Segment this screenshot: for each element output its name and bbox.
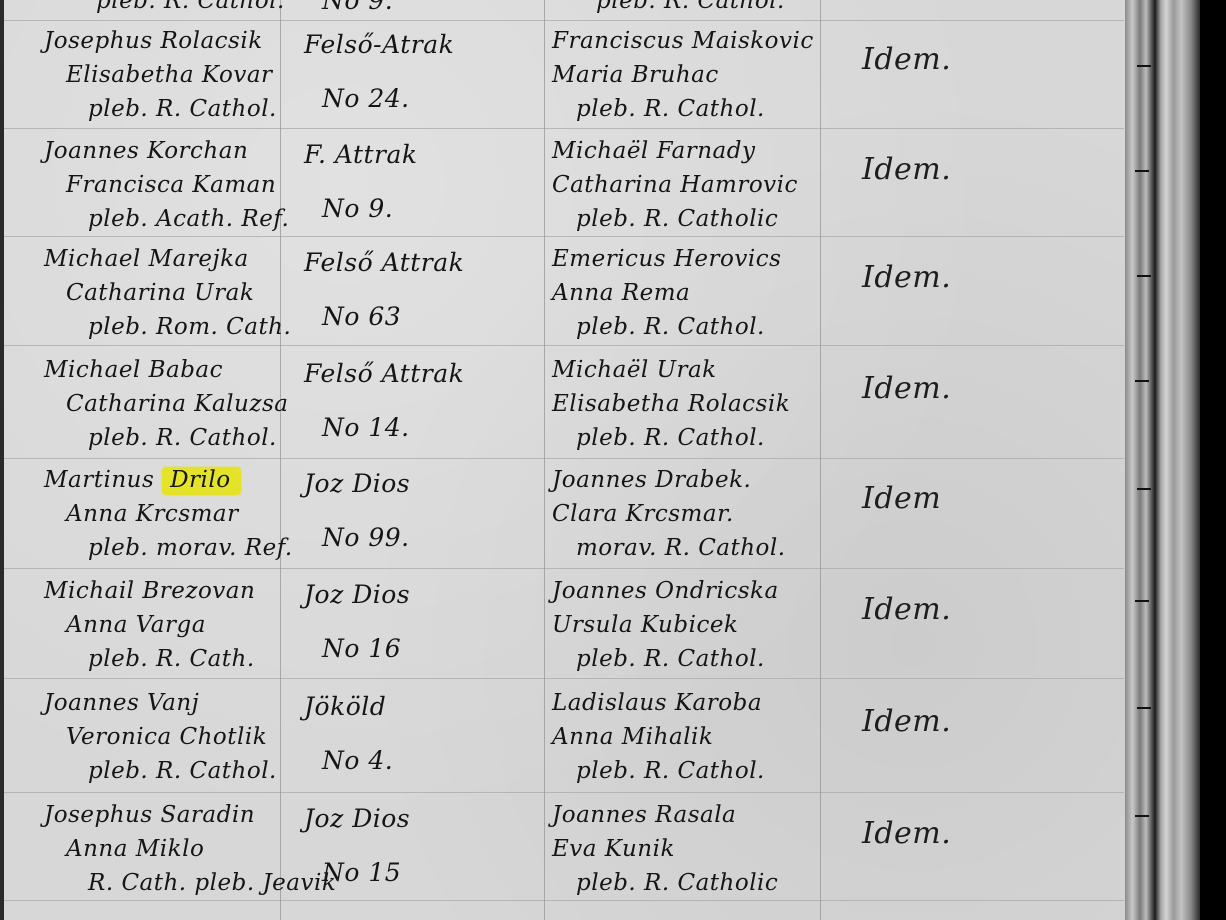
- witness-2: Clara Krcsmar.: [552, 501, 734, 527]
- house-number: No 14.: [322, 413, 410, 442]
- groom-name: Michael Babac: [44, 357, 223, 383]
- house-number: No 24.: [322, 84, 410, 113]
- witness-religion: pleb. R. Catholic: [576, 206, 778, 232]
- register-page: pleb. R. Cathol. No 9. pleb. R. Cathol. …: [0, 0, 1140, 920]
- remark-idem: Idem.: [862, 704, 951, 739]
- residence: Felső-Atrak: [304, 30, 454, 59]
- row-rule: [4, 128, 1124, 129]
- witness-religion: pleb. R. Cathol.: [576, 96, 765, 122]
- column-rule: [544, 0, 545, 920]
- witness-2: Eva Kunik: [552, 836, 675, 862]
- witness-2: Catharina Hamrovic: [552, 172, 798, 198]
- row-rule: [4, 20, 1124, 21]
- groom-name: Joannes Vanj: [44, 690, 199, 716]
- groom-name: Josephus Rolacsik: [44, 28, 263, 54]
- house-number: No 15: [322, 858, 401, 887]
- top-house-number: No 9.: [322, 0, 393, 15]
- scan-background: [1200, 0, 1226, 920]
- residence: Joz Dios: [304, 804, 410, 833]
- witness-1: Franciscus Maiskovic: [552, 28, 814, 54]
- row-rule: [4, 900, 1124, 901]
- residence: Felső Attrak: [304, 359, 464, 388]
- top-religion-left: pleb. R. Cathol.: [96, 0, 285, 14]
- row-rule: [4, 568, 1124, 569]
- bride-name: Catharina Urak: [66, 280, 254, 306]
- row-rule: [4, 678, 1124, 679]
- residence: Jököld: [304, 692, 386, 721]
- couple-religion: pleb. R. Cathol.: [88, 425, 277, 451]
- groom-name: Michael Marejka: [44, 246, 249, 272]
- groom-name: Josephus Saradin: [44, 802, 255, 828]
- highlighted-surname: Drilo: [162, 467, 241, 495]
- couple-religion: pleb. R. Cath.: [88, 646, 255, 672]
- house-number: No 99.: [322, 523, 410, 552]
- house-number: No 4.: [322, 746, 393, 775]
- witness-religion: pleb. R. Catholic: [576, 870, 778, 896]
- couple-religion: pleb. R. Cathol.: [88, 758, 277, 784]
- row-rule: [4, 236, 1124, 237]
- remark-idem: Idem.: [862, 42, 951, 77]
- remark-idem: Idem.: [862, 816, 951, 851]
- witness-1: Emericus Herovics: [552, 246, 781, 272]
- witness-religion: pleb. R. Cathol.: [576, 646, 765, 672]
- witness-1: Michaël Farnady: [552, 138, 755, 164]
- remark-idem: Idem: [862, 481, 941, 516]
- row-rule: [4, 458, 1124, 459]
- house-number: No 9.: [322, 194, 393, 223]
- witness-1: Joannes Ondricska: [552, 578, 779, 604]
- remark-idem: Idem.: [862, 371, 951, 406]
- groom-first-name: Martinus: [44, 467, 162, 493]
- remark-idem: Idem.: [862, 260, 951, 295]
- groom-name: Michail Brezovan: [44, 578, 255, 604]
- couple-religion: pleb. Rom. Cath.: [88, 314, 291, 340]
- top-religion-right: pleb. R. Cathol.: [596, 0, 785, 14]
- bride-name: Francisca Kaman: [66, 172, 276, 198]
- witness-2: Ursula Kubicek: [552, 612, 738, 638]
- row-rule: [4, 792, 1124, 793]
- witness-religion: pleb. R. Cathol.: [576, 425, 765, 451]
- house-number: No 63: [322, 302, 401, 331]
- remark-idem: Idem.: [862, 152, 951, 187]
- bride-name: Catharina Kaluzsa: [66, 391, 288, 417]
- residence: Felső Attrak: [304, 248, 464, 277]
- witness-2: Maria Bruhac: [552, 62, 719, 88]
- groom-name: Martinus Drilo: [44, 467, 241, 493]
- witness-1: Joannes Drabek.: [552, 467, 751, 493]
- bride-name: Anna Krcsmar: [66, 501, 239, 527]
- row-rule: [4, 345, 1124, 346]
- witness-1: Joannes Rasala: [552, 802, 736, 828]
- witness-religion: pleb. R. Cathol.: [576, 758, 765, 784]
- column-rule: [820, 0, 821, 920]
- residence: F. Attrak: [304, 140, 418, 169]
- couple-religion: pleb. Acath. Ref.: [88, 206, 289, 232]
- witness-2: Elisabetha Rolacsik: [552, 391, 790, 417]
- residence: Joz Dios: [304, 580, 410, 609]
- witness-1: Michaël Urak: [552, 357, 717, 383]
- witness-religion: morav. R. Cathol.: [576, 535, 786, 561]
- witness-2: Anna Mihalik: [552, 724, 713, 750]
- witness-2: Anna Rema: [552, 280, 690, 306]
- witness-religion: pleb. R. Cathol.: [576, 314, 765, 340]
- bride-name: Veronica Chotlik: [66, 724, 267, 750]
- witness-1: Ladislaus Karoba: [552, 690, 762, 716]
- couple-religion: pleb. R. Cathol.: [88, 96, 277, 122]
- couple-religion: pleb. morav. Ref.: [88, 535, 293, 561]
- remark-idem: Idem.: [862, 592, 951, 627]
- bride-name: Anna Varga: [66, 612, 206, 638]
- house-number: No 16: [322, 634, 401, 663]
- residence: Joz Dios: [304, 469, 410, 498]
- bride-name: Elisabetha Kovar: [66, 62, 273, 88]
- book-page-edge: [1125, 0, 1200, 920]
- couple-religion: R. Cath. pleb. Jeavik: [88, 870, 336, 896]
- bride-name: Anna Miklo: [66, 836, 204, 862]
- groom-name: Joannes Korchan: [44, 138, 248, 164]
- column-rule: [280, 0, 281, 920]
